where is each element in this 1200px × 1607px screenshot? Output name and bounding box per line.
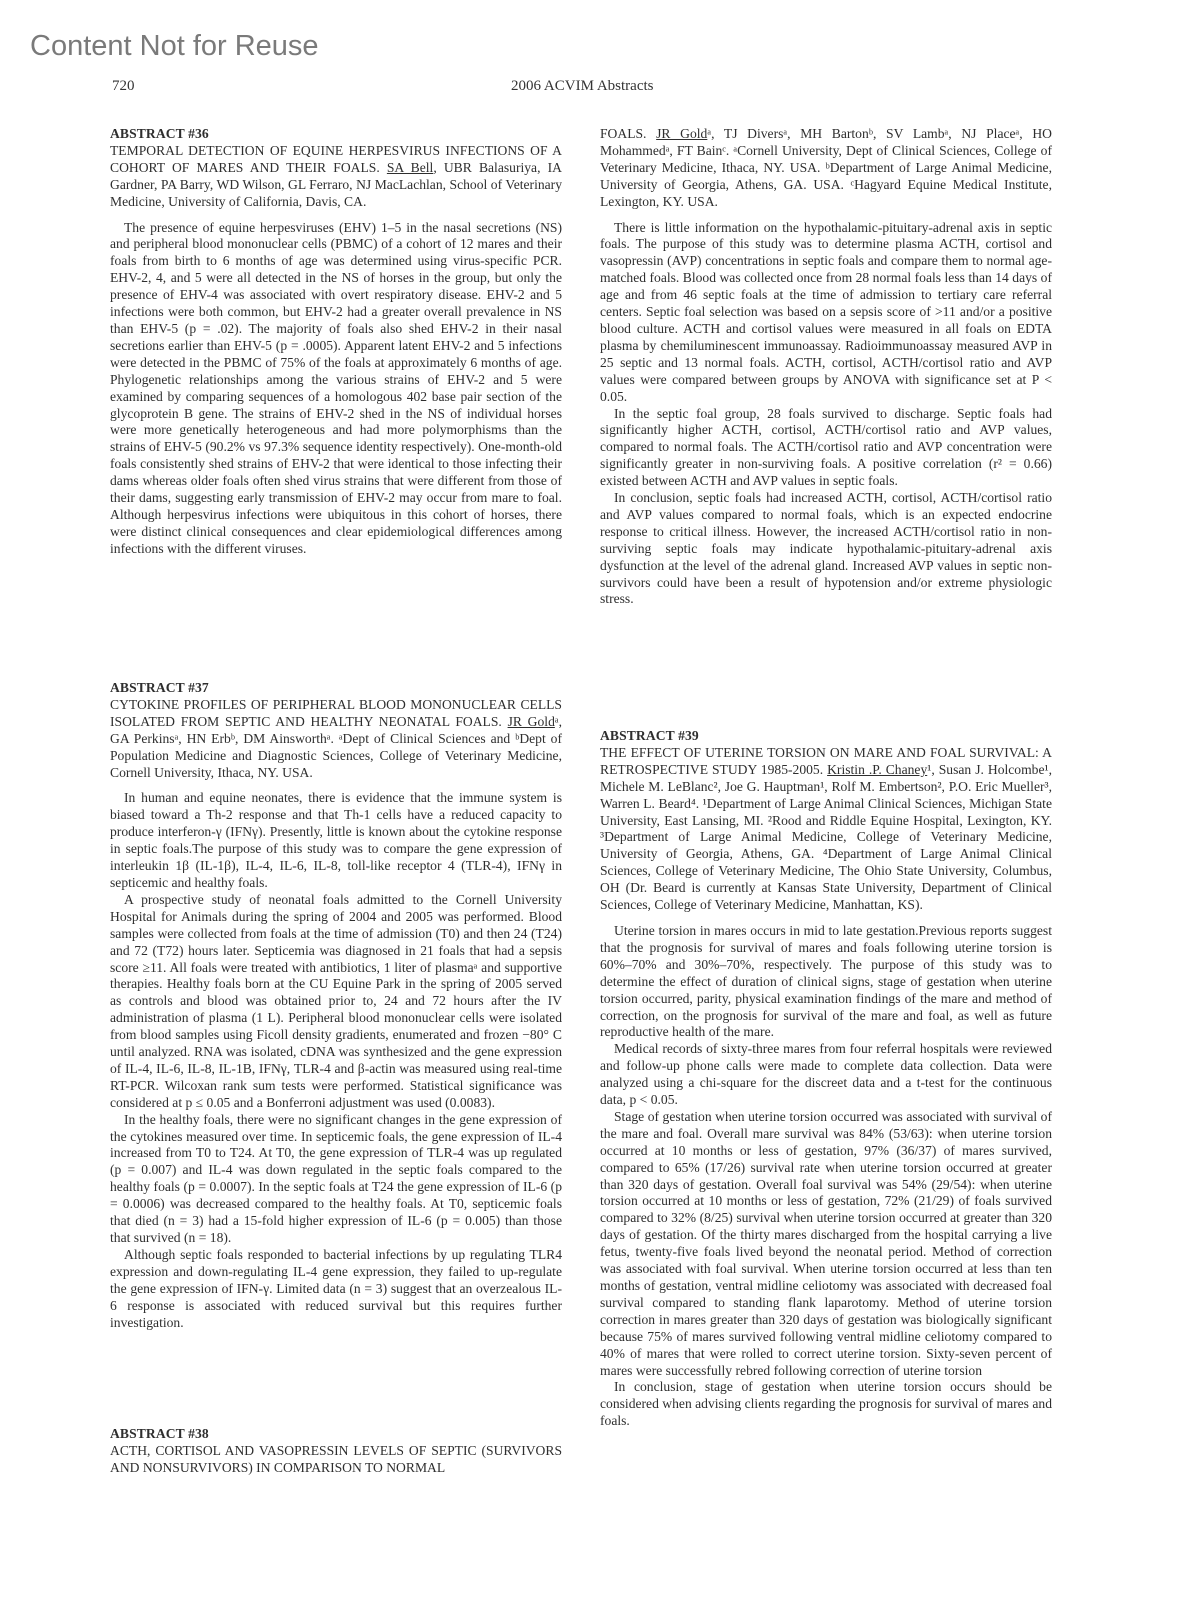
paragraph: Although septic foals responded to bacte… — [110, 1247, 562, 1332]
abstract-body: The presence of equine herpesviruses (EH… — [110, 220, 562, 558]
abstract-heading: CYTOKINE PROFILES OF PERIPHERAL BLOOD MO… — [110, 697, 562, 782]
abstract-38-continued: FOALS. JR Goldᵃ, TJ Diversᵃ, MH Bartonᵇ,… — [600, 126, 1052, 608]
abstract-title: ACTH, CORTISOL AND VASOPRESSIN LEVELS OF… — [110, 1443, 562, 1475]
paragraph: A prospective study of neonatal foals ad… — [110, 892, 562, 1112]
presenting-author: SA Bell — [387, 160, 433, 175]
paragraph: There is little information on the hypot… — [600, 220, 1052, 406]
abstract-body: Uterine torsion in mares occurs in mid t… — [600, 923, 1052, 1430]
page-number: 720 — [112, 78, 135, 95]
paragraph: Medical records of sixty-three mares fro… — [600, 1041, 1052, 1109]
paragraph: In the septic foal group, 28 foals survi… — [600, 406, 1052, 491]
paragraph: In conclusion, stage of gestation when u… — [600, 1379, 1052, 1430]
abstract-body: In human and equine neonates, there is e… — [110, 790, 562, 1331]
paragraph: Stage of gestation when uterine torsion … — [600, 1109, 1052, 1380]
abstract-38-start: ABSTRACT #38 ACTH, CORTISOL AND VASOPRES… — [110, 1426, 562, 1477]
abstract-title: CYTOKINE PROFILES OF PERIPHERAL BLOOD MO… — [110, 697, 562, 729]
abstract-39: ABSTRACT #39 THE EFFECT OF UTERINE TORSI… — [600, 728, 1052, 1430]
presenting-author: JR Gold — [508, 714, 555, 729]
presenting-author: Kristin .P. Chaney — [827, 762, 927, 777]
abstract-label: ABSTRACT #36 — [110, 126, 562, 143]
abstract-36: ABSTRACT #36 TEMPORAL DETECTION OF EQUIN… — [110, 126, 562, 558]
presenting-author: JR Gold — [656, 126, 707, 141]
abstract-label: ABSTRACT #37 — [110, 680, 562, 697]
abstract-heading: THE EFFECT OF UTERINE TORSION ON MARE AN… — [600, 745, 1052, 914]
abstract-heading: ACTH, CORTISOL AND VASOPRESSIN LEVELS OF… — [110, 1443, 562, 1477]
paragraph: Uterine torsion in mares occurs in mid t… — [600, 923, 1052, 1041]
abstract-label: ABSTRACT #39 — [600, 728, 1052, 745]
abstract-37: ABSTRACT #37 CYTOKINE PROFILES OF PERIPH… — [110, 680, 562, 1331]
abstract-title: FOALS. — [600, 126, 646, 141]
abstract-label: ABSTRACT #38 — [110, 1426, 562, 1443]
abstract-body: There is little information on the hypot… — [600, 220, 1052, 609]
journal-title: 2006 ACVIM Abstracts — [511, 78, 654, 95]
paragraph: The presence of equine herpesviruses (EH… — [110, 220, 562, 558]
abstract-heading: TEMPORAL DETECTION OF EQUINE HERPESVIRUS… — [110, 143, 562, 211]
abstract-heading: FOALS. JR Goldᵃ, TJ Diversᵃ, MH Bartonᵇ,… — [600, 126, 1052, 211]
paragraph: In human and equine neonates, there is e… — [110, 790, 562, 891]
paragraph: In the healthy foals, there were no sign… — [110, 1112, 562, 1247]
paragraph: In conclusion, septic foals had increase… — [600, 490, 1052, 608]
authors-affiliations: ¹, Susan J. Holcombe¹, Michele M. LeBlan… — [600, 762, 1052, 912]
watermark: Content Not for Reuse — [30, 30, 319, 63]
